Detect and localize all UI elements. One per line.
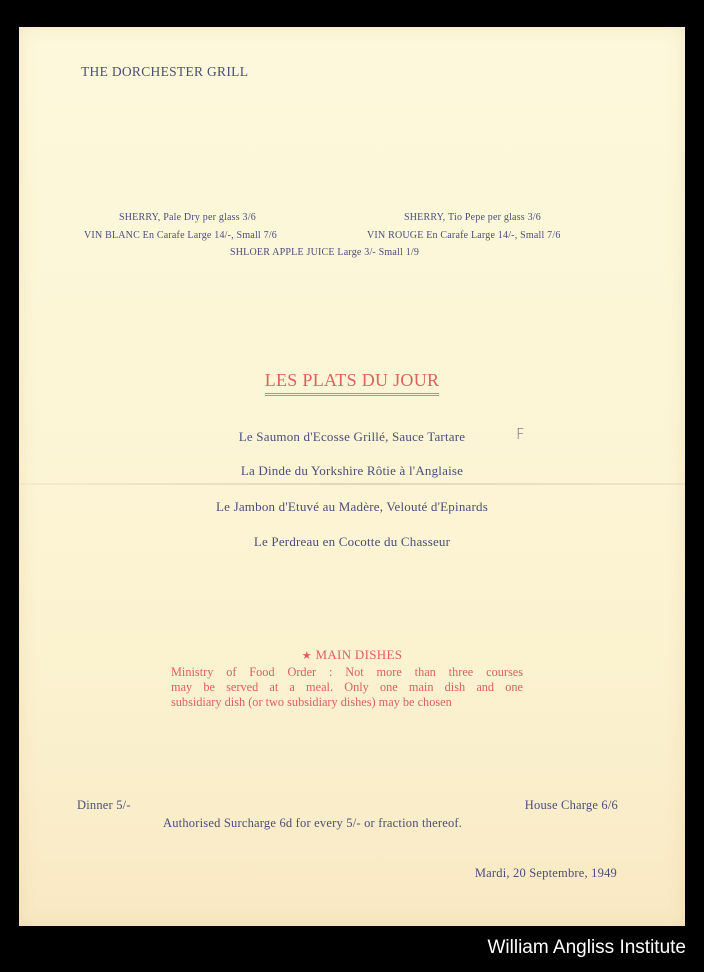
paper-fold-line bbox=[19, 483, 685, 485]
plats-heading: LES PLATS DU JOUR bbox=[19, 370, 685, 396]
main-dishes-heading: ★ MAIN DISHES bbox=[19, 647, 685, 663]
drink-vin-blanc: VIN BLANC En Carafe Large 14/-, Small 7/… bbox=[84, 230, 277, 241]
handwritten-mark: F bbox=[516, 425, 525, 443]
restaurant-title: THE DORCHESTER GRILL bbox=[81, 64, 248, 80]
menu-date: Mardi, 20 Septembre, 1949 bbox=[475, 866, 617, 881]
dish-item: Le Saumon d'Ecosse Grillé, Sauce Tartare bbox=[19, 429, 685, 445]
dinner-price: Dinner 5/- bbox=[77, 798, 131, 813]
ministry-line: may be served at a meal. Only one main d… bbox=[171, 680, 523, 695]
ministry-line: subsidiary dish (or two subsidiary dishe… bbox=[171, 695, 523, 710]
ministry-notice: Ministry of Food Order : Not more than t… bbox=[171, 665, 523, 710]
star-icon: ★ bbox=[302, 650, 312, 662]
surcharge-note: Authorised Surcharge 6d for every 5/- or… bbox=[163, 816, 462, 831]
dish-item: Le Perdreau en Cocotte du Chasseur bbox=[19, 534, 685, 550]
plats-heading-text: LES PLATS DU JOUR bbox=[265, 370, 440, 396]
menu-page: THE DORCHESTER GRILL SHERRY, Pale Dry pe… bbox=[19, 27, 685, 926]
ministry-line: Ministry of Food Order : Not more than t… bbox=[171, 665, 523, 680]
drink-sherry-pale-dry: SHERRY, Pale Dry per glass 3/6 bbox=[119, 212, 256, 223]
dish-item: Le Jambon d'Etuvé au Madère, Velouté d'E… bbox=[19, 499, 685, 515]
main-dishes-label: MAIN DISHES bbox=[316, 647, 403, 662]
drink-vin-rouge: VIN ROUGE En Carafe Large 14/-, Small 7/… bbox=[367, 230, 561, 241]
dish-item: La Dinde du Yorkshire Rôtie à l'Anglaise bbox=[19, 463, 685, 479]
institute-watermark: William Angliss Institute bbox=[487, 937, 686, 959]
house-charge: House Charge 6/6 bbox=[525, 798, 618, 813]
drink-sherry-tio-pepe: SHERRY, Tio Pepe per glass 3/6 bbox=[404, 212, 541, 223]
drink-apple-juice: SHLOER APPLE JUICE Large 3/- Small 1/9 bbox=[230, 247, 419, 258]
